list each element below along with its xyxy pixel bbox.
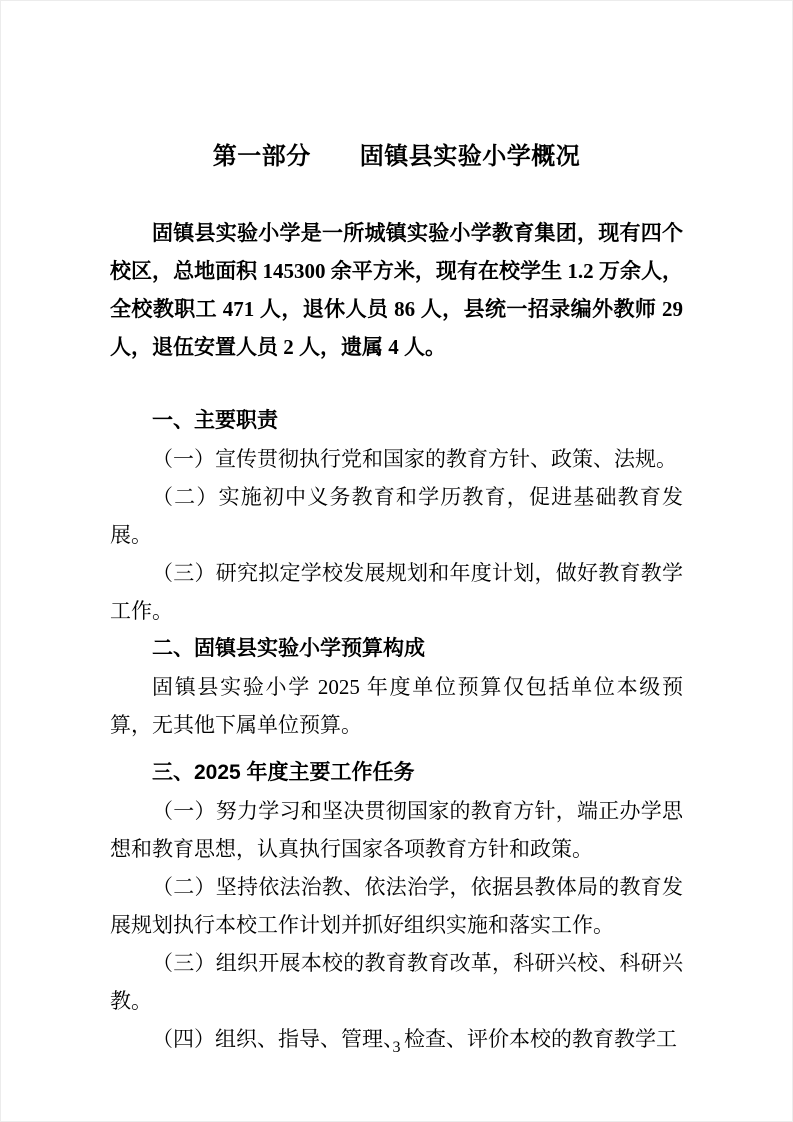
section-2-heading: 二、固镇县实验小学预算构成 bbox=[110, 630, 683, 668]
section-1-heading: 一、主要职责 bbox=[110, 402, 683, 440]
section-3-item-2: （二）坚持依法治教、依法治学，依据县教体局的教育发展规划执行本校工作计划并抓好组… bbox=[110, 868, 683, 944]
page-number: 3 bbox=[0, 1038, 793, 1058]
section-3-heading: 三、2025 年度主要工作任务 bbox=[110, 754, 683, 792]
section-2-paragraph: 固镇县实验小学 2025 年度单位预算仅包括单位本级预算，无其他下属单位预算。 bbox=[110, 668, 683, 744]
section-3-item-3: （三）组织开展本校的教育教育改革，科研兴校、科研兴教。 bbox=[110, 944, 683, 1020]
section-1-item-1: （一）宣传贯彻执行党和国家的教育方针、政策、法规。 bbox=[110, 440, 683, 478]
document-title: 第一部分 固镇县实验小学概况 bbox=[110, 140, 683, 174]
document-page: 第一部分 固镇县实验小学概况 固镇县实验小学是一所城镇实验小学教育集团，现有四个… bbox=[0, 0, 793, 1122]
section-1-item-3: （三）研究拟定学校发展规划和年度计划，做好教育教学工作。 bbox=[110, 554, 683, 630]
section-3-item-1: （一）努力学习和坚决贯彻国家的教育方针，端正办学思想和教育思想，认真执行国家各项… bbox=[110, 792, 683, 868]
intro-paragraph: 固镇县实验小学是一所城镇实验小学教育集团，现有四个校区，总地面积 145300 … bbox=[110, 214, 683, 366]
section-1-item-2: （二）实施初中义务教育和学历教育，促进基础教育发展。 bbox=[110, 478, 683, 554]
